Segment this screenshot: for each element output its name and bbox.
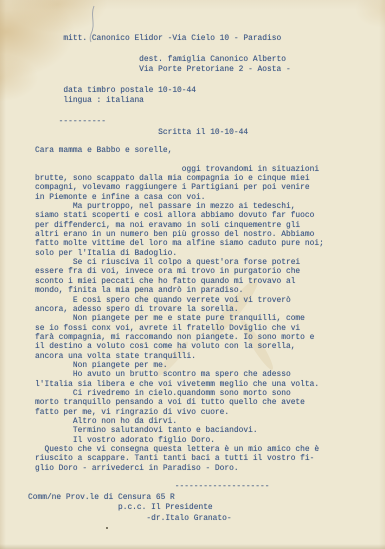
censor-footer-lines: -------------------- Comm/ne Prov.le di … <box>28 482 270 524</box>
letter-scan-page: mitt. Canonico Elidor -Via Cielo 10 - Pa… <box>0 0 385 549</box>
letter-body-lines: Cara mamma e Babbo e sorelle, oggi trova… <box>35 146 324 473</box>
letter-header-lines: mitt. Canonico Elidor -Via Cielo 10 - Pa… <box>35 34 291 138</box>
ink-dot <box>106 527 108 529</box>
